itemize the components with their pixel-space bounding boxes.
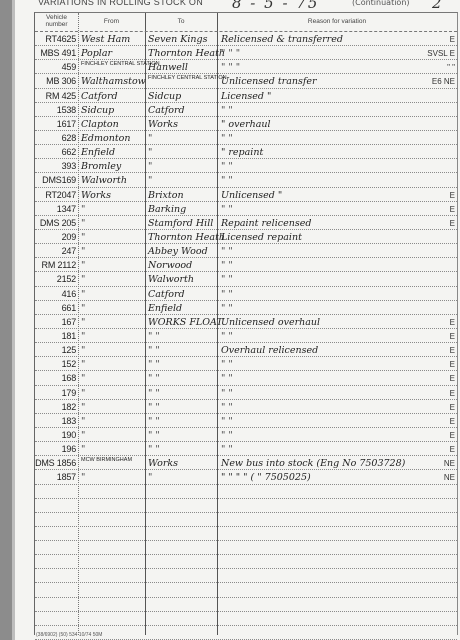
vehicle-number-cell: RT2047 [35,188,76,202]
code-cell [415,117,455,131]
table-row: 416"Catford" " [35,287,457,301]
code-cell [415,272,455,286]
from-cell: Edmonton [81,131,145,145]
to-cell: " " [148,414,217,428]
code-cell: NE [415,470,455,484]
header-reason: Reason for variation [217,18,457,25]
table-row [35,527,457,541]
to-cell: Works [148,456,217,470]
to-cell: " " [148,371,217,385]
from-cell [81,569,145,583]
reason-cell: Repaint relicensed [221,216,436,230]
from-cell: " [81,244,145,258]
code-cell [415,131,455,145]
vehicle-number-cell [35,527,76,541]
code-cell: E [415,343,455,357]
vehicle-number-cell: 661 [35,301,76,315]
from-cell: " [81,287,145,301]
reason-cell: Unlicensed overhaul [221,315,436,329]
table-row [35,541,457,555]
table-row [35,569,457,583]
code-cell [415,89,455,103]
scan-edge-shadow [12,0,15,640]
reason-cell: " " " [221,60,436,74]
to-cell: Sidcup [148,89,217,103]
header-to: To [145,18,217,25]
vehicle-number-cell [35,583,76,597]
from-cell [81,598,145,612]
reason-cell: " " " " ( " 7505025) [221,470,436,484]
table-row [35,499,457,513]
to-cell: Hanwell [148,60,217,74]
table-row: 209"Thornton HeathLicensed repaint [35,230,457,244]
to-cell: " " [148,329,217,343]
code-cell: E [415,386,455,400]
code-cell: E6 NE [415,74,455,88]
reason-cell: " " [221,287,436,301]
table-row: 168"" "" "E [35,371,457,385]
vehicle-number-cell: 183 [35,414,76,428]
from-cell [81,555,145,569]
vehicle-number-cell [35,569,76,583]
vehicle-number-cell: 1617 [35,117,76,131]
reason-cell: New bus into stock (Eng No 7503728) [221,456,436,470]
to-cell [148,541,217,555]
table-row: DMS 1856MCW BIRMINGHAMWorksNew bus into … [35,456,457,470]
vehicle-number-cell: 628 [35,131,76,145]
from-cell: " [81,442,145,456]
vehicle-number-cell [35,513,76,527]
code-cell: E [415,442,455,456]
reason-cell: " " [221,386,436,400]
reason-cell [221,513,436,527]
code-cell: E [415,188,455,202]
vehicle-number-cell: DMS169 [35,173,76,187]
vehicle-number-cell: 393 [35,159,76,173]
to-cell: " " [148,386,217,400]
table-row: 393Bromley"" " [35,159,457,173]
reason-cell [221,598,436,612]
to-cell [148,527,217,541]
table-row: 661"Enfield" " [35,301,457,315]
table-row: DMS169Walworth"" " [35,173,457,187]
code-cell [415,145,455,159]
table-row: 190"" "" "E [35,428,457,442]
from-cell: Catford [81,89,145,103]
to-cell: Enfield [148,301,217,315]
vehicle-number-cell [35,499,76,513]
table-row: 247"Abbey Wood" " [35,244,457,258]
to-cell: FINCHLEY CENTRAL STATION [148,75,217,89]
table-row: 182"" "" "E [35,400,457,414]
vehicle-number-cell [35,485,76,499]
table-row: 2152"Walworth" " [35,272,457,286]
vehicle-number-cell: MB 306 [35,74,76,88]
to-cell: Seven Kings [148,32,217,46]
code-cell [415,103,455,117]
to-cell: Thornton Heath [148,230,217,244]
from-cell: " [81,414,145,428]
code-cell: E [415,428,455,442]
table-row: MB 306WalthamstowFINCHLEY CENTRAL STATIO… [35,74,457,88]
reason-cell [221,541,436,555]
table-header: Vehicle number From To Reason for variat… [35,13,457,32]
vehicle-number-cell: 1857 [35,470,76,484]
from-cell: " [81,371,145,385]
table-row: 152"" "" "E [35,357,457,371]
table-row: 183"" "" "E [35,414,457,428]
reason-cell: " " [221,357,436,371]
vehicle-number-cell: 190 [35,428,76,442]
from-cell: " [81,272,145,286]
to-cell: Catford [148,287,217,301]
vehicle-number-cell [35,612,76,626]
vehicle-number-cell [35,555,76,569]
code-cell [415,159,455,173]
code-cell [415,301,455,315]
table-body: RT4625West HamSeven KingsRelicensed & tr… [35,32,457,640]
to-cell: WORKS FLOAT [148,315,217,329]
to-cell: Thornton Heath [148,46,217,60]
vehicle-number-cell: DMS 1856 [35,456,76,470]
vehicle-number-cell: 179 [35,386,76,400]
code-cell [415,258,455,272]
table-row [35,583,457,597]
from-cell: " [81,470,145,484]
to-cell [148,485,217,499]
from-cell: Works [81,188,145,202]
reason-cell [221,612,436,626]
code-cell [415,287,455,301]
vehicle-number-cell: 196 [35,442,76,456]
reason-cell: " " [221,202,436,216]
reason-cell: " " " [221,46,436,60]
reason-cell: Unlicensed " [221,188,436,202]
table-row: 167"WORKS FLOATUnlicensed overhaulE [35,315,457,329]
code-cell: E [415,357,455,371]
code-cell [415,499,455,513]
to-cell: Abbey Wood [148,244,217,258]
to-cell [148,499,217,513]
reason-cell [221,555,436,569]
to-cell [148,626,217,640]
to-cell: Stamford Hill [148,216,217,230]
vehicle-number-cell: RT4625 [35,32,76,46]
table-row: 181"" "" "E [35,329,457,343]
to-cell: " " [148,400,217,414]
vehicle-number-cell: 1538 [35,103,76,117]
code-cell: E [415,329,455,343]
vehicle-number-cell: 152 [35,357,76,371]
code-cell [415,598,455,612]
vehicle-number-cell: DMS 205 [35,216,76,230]
from-cell [81,513,145,527]
from-cell: Walthamstow [81,74,145,88]
table-row [35,598,457,612]
scan-edge [0,0,12,640]
reason-cell: " " [221,301,436,315]
reason-cell [221,527,436,541]
code-cell: SVSL E [415,46,455,60]
to-cell [148,612,217,626]
to-cell: " [148,159,217,173]
vehicle-number-cell: 662 [35,145,76,159]
from-cell: Clapton [81,117,145,131]
vehicle-number-cell: 168 [35,371,76,385]
vehicle-number-cell: 1347 [35,202,76,216]
reason-cell: " " [221,428,436,442]
from-cell: " [81,386,145,400]
code-cell: NE [415,456,455,470]
to-cell: " " [148,442,217,456]
code-cell [415,230,455,244]
from-cell: Poplar [81,46,145,60]
reason-cell [221,499,436,513]
table-row [35,555,457,569]
table-row: RM 425CatfordSidcupLicensed " [35,89,457,103]
reason-cell: " overhaul [221,117,436,131]
code-cell [415,626,455,640]
header-from: From [78,18,145,25]
reason-cell [221,569,436,583]
reason-cell: " " [221,244,436,258]
from-cell: " [81,343,145,357]
table-row: 662Enfield"" repaint [35,145,457,159]
reason-cell: " repaint [221,145,436,159]
table-row: 628Edmonton"" " [35,131,457,145]
reason-cell: Licensed " [221,89,436,103]
from-cell: " [81,301,145,315]
table-row [35,485,457,499]
to-cell: Catford [148,103,217,117]
code-cell [415,555,455,569]
table-row [35,513,457,527]
reason-cell [221,485,436,499]
vehicle-number-cell: RM 425 [35,89,76,103]
code-cell [415,569,455,583]
reason-cell: " " [221,414,436,428]
reason-cell [221,583,436,597]
code-cell [415,527,455,541]
reason-cell: " " [221,131,436,145]
vehicle-number-cell: 459 [35,60,76,74]
vehicle-number-cell: 2152 [35,272,76,286]
vehicle-number-cell: 167 [35,315,76,329]
from-cell [81,499,145,513]
code-cell: E [415,315,455,329]
table-row: RT2047WorksBrixtonUnlicensed "E [35,188,457,202]
reason-cell: " " [221,258,436,272]
reason-cell: " " [221,103,436,117]
from-cell [81,612,145,626]
reason-cell: " " [221,173,436,187]
to-cell [148,555,217,569]
vehicle-number-cell [35,598,76,612]
table-row [35,612,457,626]
code-cell: E [415,202,455,216]
from-cell: Sidcup [81,103,145,117]
to-cell [148,583,217,597]
to-cell [148,513,217,527]
from-cell: " [81,315,145,329]
from-cell [81,485,145,499]
vehicle-number-cell: 416 [35,287,76,301]
document-title: VARIATIONS IN ROLLING STOCK ON [38,0,203,7]
reason-cell: " " [221,159,436,173]
to-cell: " [148,173,217,187]
table-row: 1857""" " " " ( " 7505025)NE [35,470,457,484]
from-cell: " [81,258,145,272]
from-cell: " [81,428,145,442]
vehicle-number-cell: RM 2112 [35,258,76,272]
code-cell: " " [415,60,455,74]
code-cell [415,244,455,258]
from-cell: FINCHLEY CENTRAL STATION [81,61,145,75]
rolling-stock-table: Vehicle number From To Reason for variat… [34,12,458,635]
table-row: 1538SidcupCatford" " [35,103,457,117]
from-cell [81,527,145,541]
reason-cell: " " [221,272,436,286]
reason-cell: Relicensed & transferred [221,32,436,46]
page-number: 2 [432,0,442,12]
code-cell [415,173,455,187]
header-vehicle-number: Vehicle number [35,14,78,28]
reason-cell: " " [221,329,436,343]
vehicle-number-cell [35,541,76,555]
table-row: MBS 491PoplarThornton Heath" " "SVSL E [35,46,457,60]
reason-cell: Unlicensed transfer [221,74,436,88]
to-cell: Brixton [148,188,217,202]
from-cell: MCW BIRMINGHAM [81,457,145,471]
code-cell [415,485,455,499]
table-row: 125"" "Overhaul relicensedE [35,343,457,357]
document-date: 8 - 5 - 75 [232,0,319,12]
from-cell: " [81,329,145,343]
to-cell: Barking [148,202,217,216]
code-cell [415,513,455,527]
from-cell [81,583,145,597]
code-cell [415,541,455,555]
from-cell: " [81,400,145,414]
vehicle-number-cell: MBS 491 [35,46,76,60]
to-cell: " [148,131,217,145]
reason-cell [221,626,436,640]
from-cell: " [81,230,145,244]
vehicle-number-cell: 181 [35,329,76,343]
to-cell [148,569,217,583]
code-cell: E [415,414,455,428]
table-row: RT4625West HamSeven KingsRelicensed & tr… [35,32,457,46]
table-row: 1347"Barking" "E [35,202,457,216]
table-row: 179"" "" "E [35,386,457,400]
code-cell: E [415,32,455,46]
to-cell: " " [148,357,217,371]
vehicle-number-cell: 209 [35,230,76,244]
code-cell [415,583,455,597]
vehicle-number-cell: 247 [35,244,76,258]
to-cell: " [148,470,217,484]
reason-cell: Overhaul relicensed [221,343,436,357]
reason-cell: " " [221,371,436,385]
from-cell: " [81,357,145,371]
reason-cell: " " [221,442,436,456]
code-cell: E [415,216,455,230]
to-cell: " " [148,343,217,357]
print-code: (38/6902) (50) 534 10/74 50M [36,632,102,638]
from-cell: " [81,202,145,216]
vehicle-number-cell: 182 [35,400,76,414]
table-row: RM 2112"Norwood" " [35,258,457,272]
to-cell: " [148,145,217,159]
table-row: DMS 205"Stamford HillRepaint relicensedE [35,216,457,230]
code-cell: E [415,371,455,385]
to-cell: " " [148,428,217,442]
from-cell: Walworth [81,173,145,187]
vehicle-number-cell: 125 [35,343,76,357]
from-cell [81,541,145,555]
code-cell [415,612,455,626]
from-cell: " [81,216,145,230]
table-row: 459FINCHLEY CENTRAL STATIONHanwell" " ""… [35,60,457,74]
continuation-label: (Continuation) [352,0,410,7]
to-cell: Works [148,117,217,131]
table-row: 196"" "" "E [35,442,457,456]
from-cell: Bromley [81,159,145,173]
to-cell: Norwood [148,258,217,272]
reason-cell: " " [221,400,436,414]
document-header: VARIATIONS IN ROLLING STOCK ON 8 - 5 - 7… [34,0,458,12]
from-cell: West Ham [81,32,145,46]
table-row: 1617ClaptonWorks" overhaul [35,117,457,131]
code-cell: E [415,400,455,414]
to-cell [148,598,217,612]
reason-cell: Licensed repaint [221,230,436,244]
from-cell: Enfield [81,145,145,159]
to-cell: Walworth [148,272,217,286]
